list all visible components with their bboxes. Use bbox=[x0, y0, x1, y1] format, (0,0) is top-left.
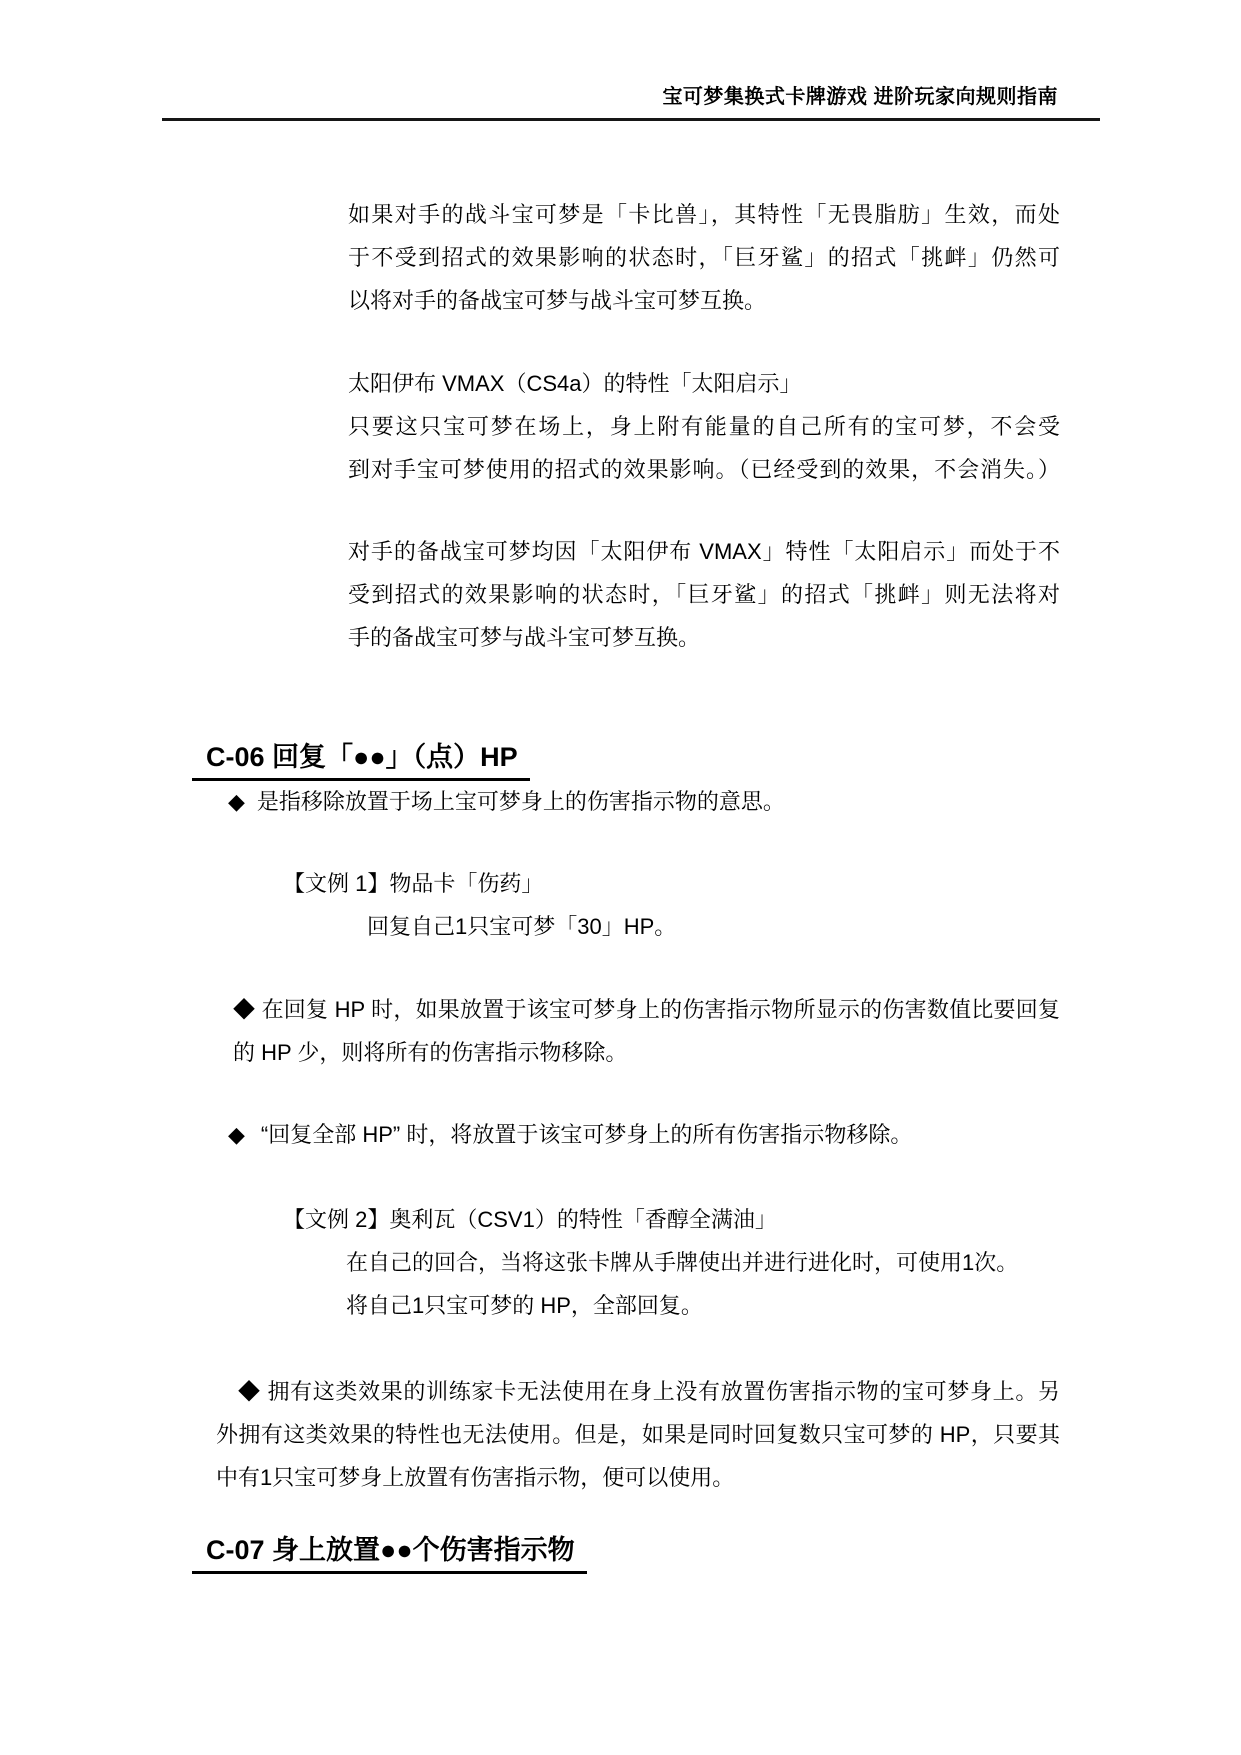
bullet-heal-all-hp: ◆“回复全部 HP” 时，将放置于该宝可梦身上的所有伤害指示物移除。 bbox=[228, 1113, 912, 1156]
text-line: 手的备战宝可梦与战斗宝可梦互换。 bbox=[348, 616, 1060, 659]
text-line: 回复自己1只宝可梦「30」HP。 bbox=[367, 905, 676, 948]
text-line: ◆ 拥有这类效果的训练家卡无法使用在身上没有放置伤害指示物的宝可梦身上。另 bbox=[216, 1370, 1060, 1413]
text-line: 只要这只宝可梦在场上，身上附有能量的自己所有的宝可梦，不会受 bbox=[348, 405, 1060, 448]
example2-label: 【文例 2】奥利瓦（CSV1）的特性「香醇全满油」 bbox=[283, 1198, 777, 1241]
text-line: 将自己1只宝可梦的 HP，全部回复。 bbox=[346, 1284, 1018, 1327]
paragraph-snorlax-example: 如果对手的战斗宝可梦是「卡比兽」，其特性「无畏脂肪」生效，而处 于不受到招式的效… bbox=[348, 193, 1060, 322]
text-line: 以将对手的备战宝可梦与战斗宝可梦互换。 bbox=[348, 279, 1060, 322]
text-line: 【文例 2】奥利瓦（CSV1）的特性「香醇全满油」 bbox=[283, 1198, 777, 1241]
document-page: { "header": { "title": "宝可梦集换式卡牌游戏 进阶玩家向… bbox=[0, 0, 1241, 1755]
text-line: 到对手宝可梦使用的招式的效果影响。（已经受到的效果，不会消失。） bbox=[348, 448, 1060, 491]
page-header-title: 宝可梦集换式卡牌游戏 进阶玩家向规则指南 bbox=[662, 80, 1058, 109]
text-line: 在自己的回合，当将这张卡牌从手牌使出并进行进化时，可使用1次。 bbox=[346, 1241, 1018, 1284]
text-line: 受到招式的效果影响的状态时，「巨牙鲨」的招式「挑衅」则无法将对 bbox=[348, 573, 1060, 616]
text-line: 中有1只宝可梦身上放置有伤害指示物，便可以使用。 bbox=[216, 1456, 1060, 1499]
bullet-trainer-card-restriction: ◆ 拥有这类效果的训练家卡无法使用在身上没有放置伤害指示物的宝可梦身上。另 外拥… bbox=[216, 1370, 1060, 1499]
section-heading-c07: C-07 身上放置●●个伤害指示物 bbox=[192, 1535, 587, 1574]
text-line: 【文例 1】物品卡「伤药」 bbox=[283, 862, 543, 905]
paragraph-bench-protected-case: 对手的备战宝可梦均因「太阳伊布 VMAX」特性「太阳启示」而处于不 受到招式的效… bbox=[348, 530, 1060, 659]
text-line: 外拥有这类效果的特性也无法使用。但是，如果是同时回复数只宝可梦的 HP，只要其 bbox=[216, 1413, 1060, 1456]
text-line: 太阳伊布 VMAX（CS4a）的特性「太阳启示」 bbox=[348, 362, 1060, 405]
paragraph-espeon-vmax-ability: 太阳伊布 VMAX（CS4a）的特性「太阳启示」 只要这只宝可梦在场上，身上附有… bbox=[348, 362, 1060, 491]
example1-body: 回复自己1只宝可梦「30」HP。 bbox=[367, 905, 676, 948]
text-line: 于不受到招式的效果影响的状态时，「巨牙鲨」的招式「挑衅」仍然可 bbox=[348, 236, 1060, 279]
bullet-text: 是指移除放置于场上宝可梦身上的伤害指示物的意思。 bbox=[257, 789, 785, 814]
bullet-remove-damage-counters: ◆是指移除放置于场上宝可梦身上的伤害指示物的意思。 bbox=[228, 780, 785, 823]
header-rule bbox=[162, 118, 1100, 121]
diamond-bullet-icon: ◆ bbox=[228, 1122, 245, 1147]
text-line: ◆ 在回复 HP 时，如果放置于该宝可梦身上的伤害指示物所显示的伤害数值比要回复 bbox=[233, 988, 1060, 1031]
example2-body: 在自己的回合，当将这张卡牌从手牌使出并进行进化时，可使用1次。 将自己1只宝可梦… bbox=[346, 1241, 1018, 1327]
diamond-bullet-icon: ◆ bbox=[228, 789, 245, 814]
text-line: 如果对手的战斗宝可梦是「卡比兽」，其特性「无畏脂肪」生效，而处 bbox=[348, 193, 1060, 236]
bullet-text: “回复全部 HP” 时，将放置于该宝可梦身上的所有伤害指示物移除。 bbox=[261, 1122, 912, 1147]
section-heading-c06: C-06 回复「●●」（点）HP bbox=[192, 742, 530, 781]
text-line: 对手的备战宝可梦均因「太阳伊布 VMAX」特性「太阳启示」而处于不 bbox=[348, 530, 1060, 573]
bullet-heal-less-than-counters: ◆ 在回复 HP 时，如果放置于该宝可梦身上的伤害指示物所显示的伤害数值比要回复… bbox=[233, 988, 1060, 1074]
text-line: 的 HP 少，则将所有的伤害指示物移除。 bbox=[233, 1031, 1060, 1074]
example1-label: 【文例 1】物品卡「伤药」 bbox=[283, 862, 543, 905]
